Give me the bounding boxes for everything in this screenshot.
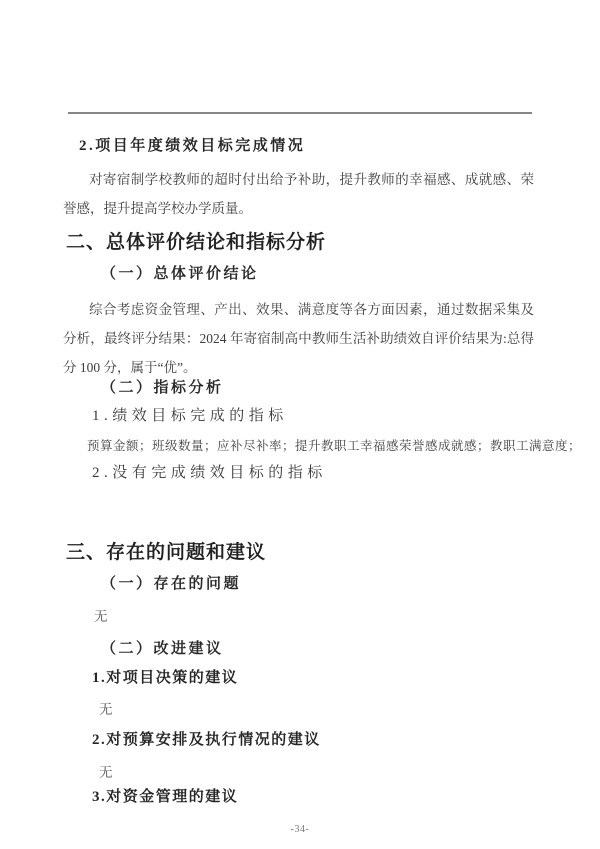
heading-uncompleted-indicators: 2.没有完成绩效目标的指标 (92, 461, 327, 482)
heading-existing-problems: （一）存在的问题 (101, 572, 241, 593)
heading-improvement-suggestions: （二）改进建议 (101, 637, 224, 658)
heading-suggestion-fund-management: 3.对资金管理的建议 (92, 785, 238, 806)
heading-completed-indicators: 1.绩效目标完成的指标 (92, 404, 288, 425)
heading-suggestion-budget-execution: 2.对预算安排及执行情况的建议 (92, 728, 321, 749)
paragraph-annual-goal: 对寄宿制学校教师的超时付出给予补助，提升教师的幸福感、成就感、荣誉感，提升提高学… (63, 165, 534, 223)
heading-section-three-problems-suggestions: 三、存在的问题和建议 (66, 537, 266, 564)
heading-indicator-analysis: （二）指标分析 (101, 376, 224, 397)
heading-section-two-overall-evaluation: 二、总体评价结论和指标分析 (66, 227, 326, 254)
document-page: 2.项目年度绩效目标完成情况 对寄宿制学校教师的超时付出给予补助，提升教师的幸福… (0, 0, 600, 849)
page-number: -34- (0, 824, 600, 835)
heading-annual-goal-completion: 2.项目年度绩效目标完成情况 (79, 134, 305, 155)
paragraph-evaluation-result: 综合考虑资金管理、产出、效果、满意度等各方面因素，通过数据采集及分析，最终评分结… (63, 295, 534, 382)
suggestion-decision-none-value: 无 (99, 698, 113, 718)
suggestion-budget-none-value: 无 (99, 761, 113, 781)
heading-suggestion-project-decision: 1.对项目决策的建议 (92, 666, 238, 687)
heading-overall-conclusion: （一）总体评价结论 (101, 262, 259, 283)
problems-none-value: 无 (94, 605, 108, 625)
paragraph-indicator-list: 预算金额；班级数量；应补尽补率；提升教职工幸福感荣誉感成就感；教职工满意度； (87, 436, 533, 454)
header-divider (68, 112, 532, 114)
